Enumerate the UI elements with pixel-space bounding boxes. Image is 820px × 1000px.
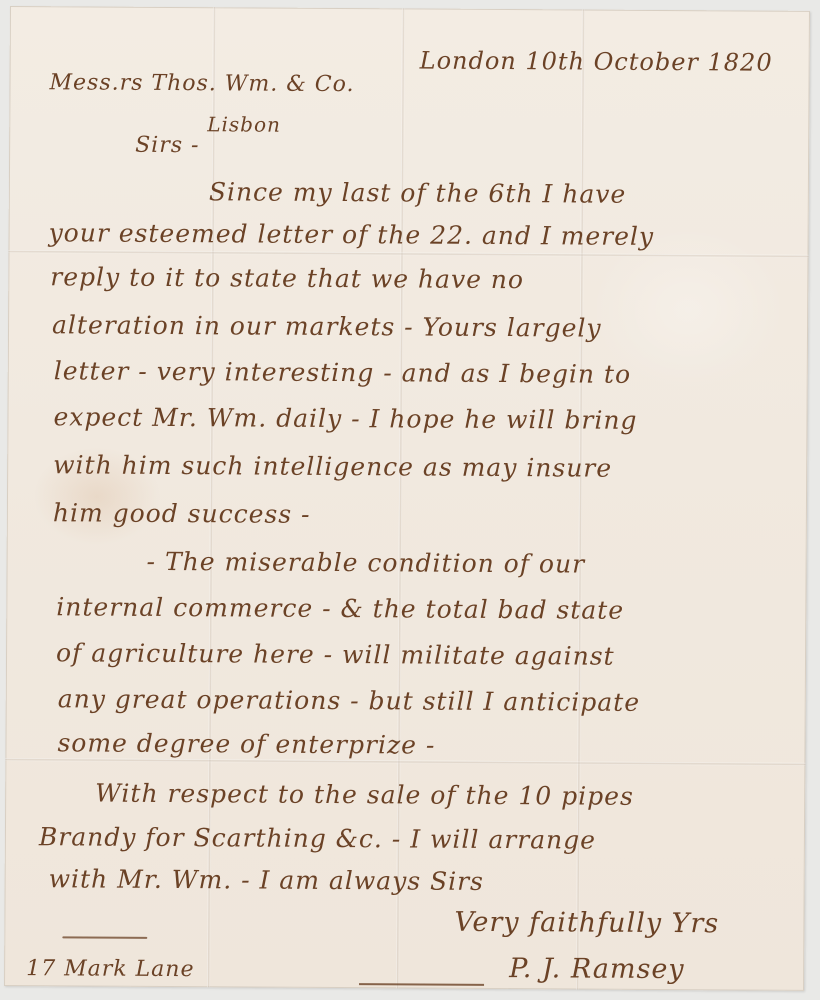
footer-address: 17 Mark Lane: [26, 956, 195, 982]
address-flourish: [62, 936, 147, 939]
body-line: alteration in our markets - Yours largel…: [52, 310, 602, 342]
body-line: some degree of enterprize -: [57, 728, 435, 759]
addressee: Mess.rs Thos. Wm. & Co.: [49, 70, 354, 97]
signature-underline: [359, 983, 484, 986]
body-line: any great operations - but still I antic…: [58, 684, 640, 717]
signature: P. J. Ramsey: [509, 953, 685, 985]
body-line: - The miserable condition of our: [147, 547, 586, 579]
body-line: Since my last of the 6th I have: [209, 177, 627, 209]
body-line: Brandy for Scarthing &c. - I will arrang…: [39, 822, 596, 854]
valediction: Very faithfully Yrs: [454, 907, 719, 940]
body-line: with Mr. Wm. - I am always Sirs: [49, 864, 484, 896]
fold-crease: [8, 250, 808, 258]
body-line: your esteemed letter of the 22. and I me…: [49, 218, 655, 251]
body-line: With respect to the sale of the 10 pipes: [95, 779, 634, 811]
body-line: expect Mr. Wm. daily - I hope he will br…: [53, 402, 637, 435]
salutation: Sirs -: [135, 133, 199, 158]
letter-paper: London 10th October 1820 Mess.rs Thos. W…: [4, 6, 810, 991]
body-line: him good success -: [53, 498, 311, 529]
place-date: London 10th October 1820: [420, 47, 773, 77]
body-line: reply to it to state that we have no: [50, 262, 524, 294]
body-line: of agriculture here - will militate agai…: [56, 638, 615, 670]
body-line: with him such intelligence as may insure: [53, 450, 612, 482]
addressee-place: Lisbon: [207, 112, 281, 136]
body-line: letter - very interesting - and as I beg…: [54, 356, 631, 389]
body-line: internal commerce - & the total bad stat…: [56, 592, 624, 624]
